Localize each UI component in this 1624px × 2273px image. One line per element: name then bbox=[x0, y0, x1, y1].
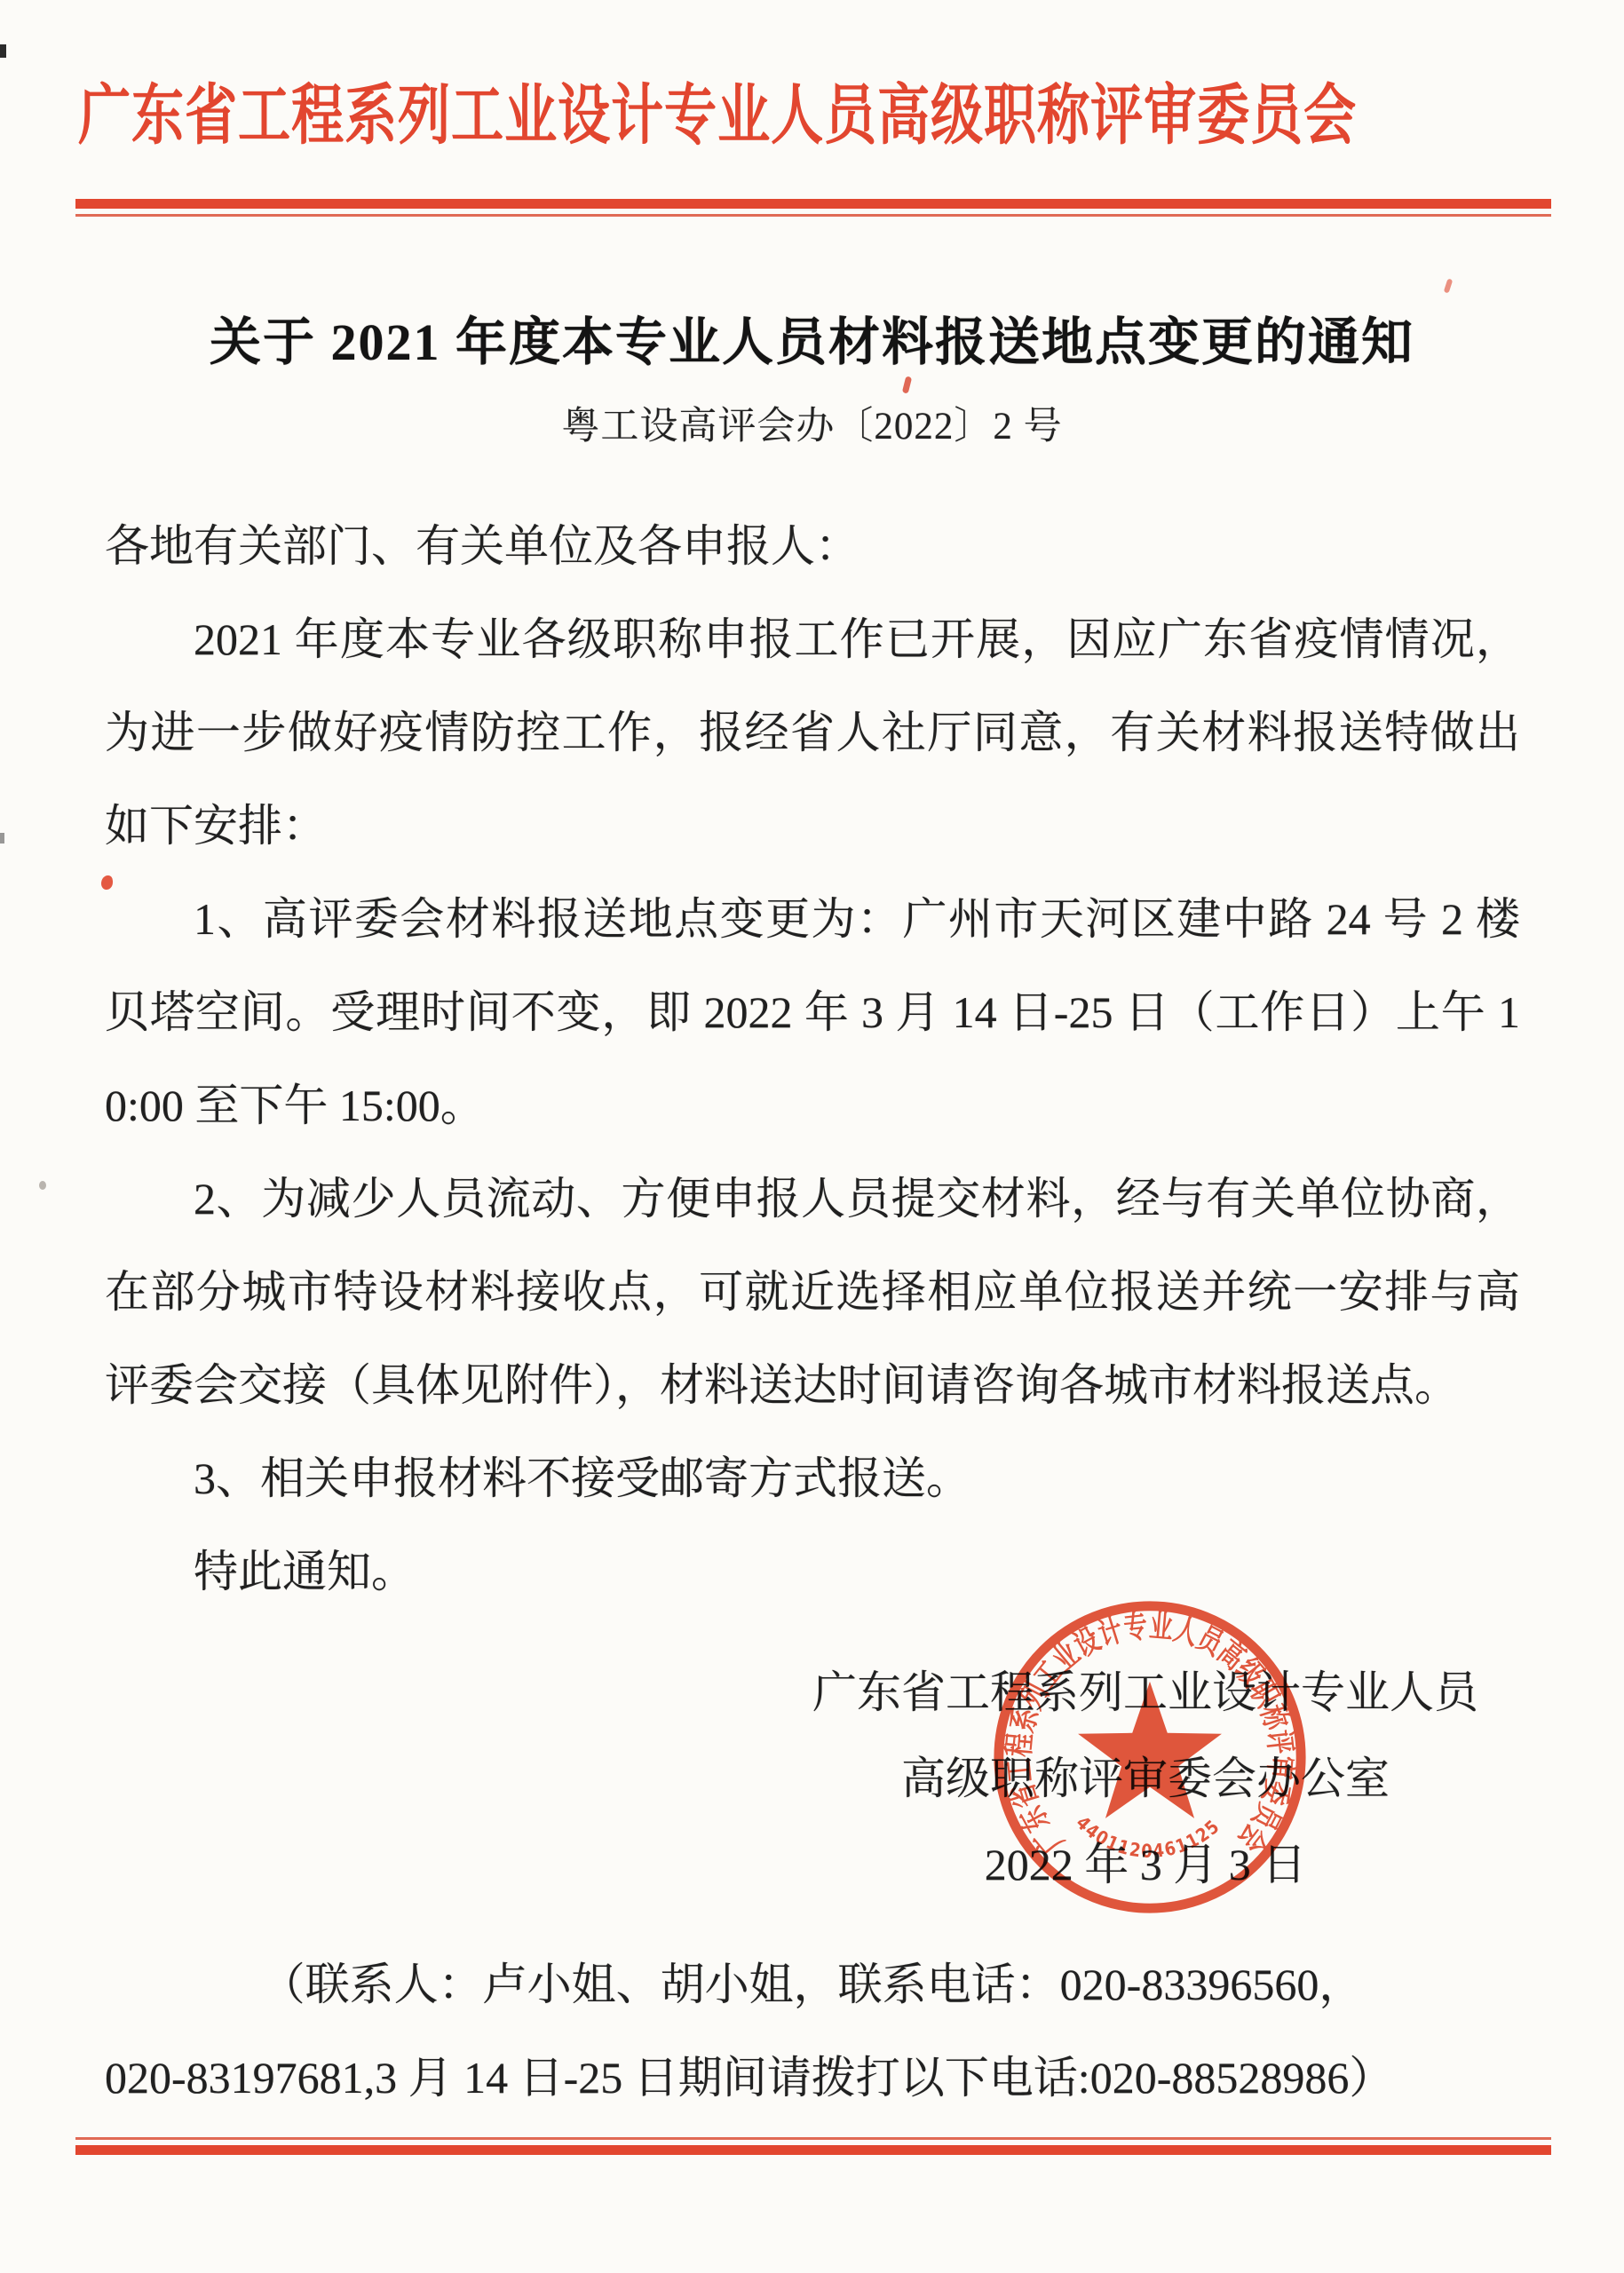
scan-artifact-edge-mark bbox=[0, 44, 6, 58]
notice-title: 关于 2021 年度本专业人员材料报送地点变更的通知 bbox=[0, 300, 1624, 375]
star-icon bbox=[1078, 1682, 1222, 1818]
official-seal: 广东省工程系列工业设计专业人员高级职称评审委员会 4401120461125 bbox=[987, 1595, 1312, 1920]
scan-artifact-edge-mark bbox=[0, 833, 4, 843]
footer-rule-thin bbox=[75, 2137, 1551, 2140]
contact-line-1: （联系人：卢小姐、胡小姐，联系电话：020-83396560， bbox=[0, 1938, 1624, 2031]
scan-artifact-red-tick bbox=[1444, 278, 1454, 293]
notice-body: 各地有关部门、有关单位及各申报人： 2021 年度本专业各级职称申报工作已开展，… bbox=[105, 500, 1520, 1619]
scan-artifact-red-tick bbox=[902, 376, 912, 393]
body-paragraph: 2、为减少人员流动、方便申报人员提交材料，经与有关单位协商，在部分城市特设材料接… bbox=[105, 1152, 1520, 1432]
letterhead-title: 广东省工程系列工业设计专业人员高级职称评审委员会 bbox=[78, 76, 1357, 155]
body-paragraph: 3、相关申报材料不接受邮寄方式报送。 bbox=[105, 1432, 1520, 1525]
body-paragraph: 2021 年度本专业各级职称申报工作已开展，因应广东省疫情情况，为进一步做好疫情… bbox=[105, 593, 1520, 873]
scanned-notice-page: 广东省工程系列工业设计专业人员高级职称评审委员会 关于 2021 年度本专业人员… bbox=[0, 0, 1624, 2273]
footer-rule-thick bbox=[75, 2145, 1551, 2155]
seal-serial-number: 4401120461125 bbox=[1072, 1812, 1224, 1862]
body-paragraph: 1、高评委会材料报送地点变更为：广州市天河区建中路 24 号 2 楼贝塔空间。受… bbox=[105, 873, 1520, 1152]
contact-line-2: 020-83197681,3 月 14 日-25 日期间请拨打以下电话:020-… bbox=[105, 2031, 1570, 2125]
document-number: 粤工设高评会办〔2022〕2 号 bbox=[0, 396, 1624, 450]
letterhead-rule-thin bbox=[75, 214, 1551, 217]
svg-text:4401120461125: 4401120461125 bbox=[1072, 1812, 1224, 1862]
scan-artifact-grey-dot bbox=[39, 1181, 46, 1190]
salutation: 各地有关部门、有关单位及各申报人： bbox=[105, 500, 1520, 593]
letterhead-rule-thick bbox=[75, 199, 1551, 209]
